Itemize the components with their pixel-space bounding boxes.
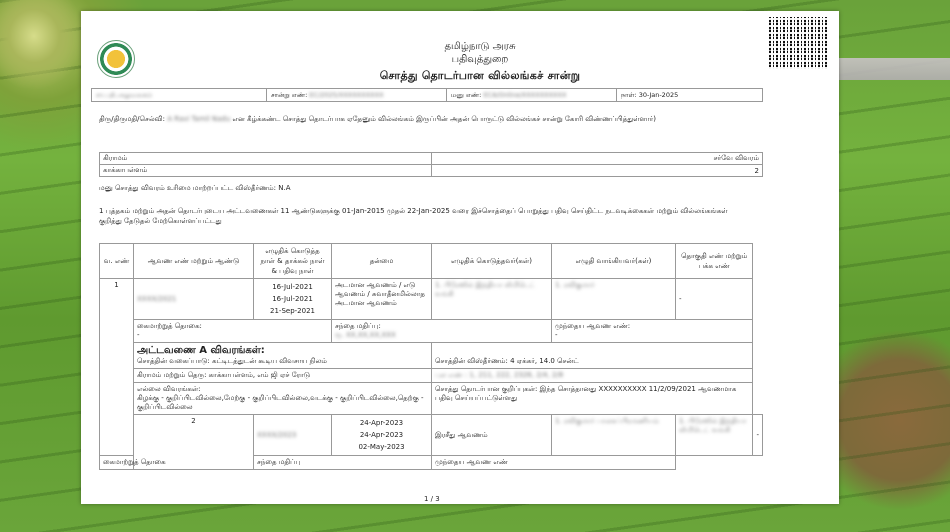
application-number-field: மனு எண்: ECA/Online/XXXXXXXXXX	[447, 89, 617, 101]
table-row: அட்டவணை A விவரங்கள்:சொத்தின் வகைப்பாடு: …	[100, 343, 763, 369]
extent-line: மனு சொத்து விவரம் உரிமை மாற்றப்பட்ட விஸ்…	[99, 183, 749, 193]
applicant-intro: திரு/திருமதி/செல்வி: A Ravi Tamil Nadu எ…	[99, 114, 749, 124]
table-row: கைமாற்றுத் தொகை:- சந்தை மதிப்பு:ரூ. XX,X…	[100, 320, 763, 343]
village-street-cell: கிராமம் மற்றும் தெரு: காக்காபள்ளம், எம் …	[134, 369, 432, 383]
claimants-cell: 1. பிரேஸில் இந்தியா லிமிடெட் வங்கி	[679, 417, 746, 434]
nature-cell: அடமான ஆவணம் / எடு ஆவணம் / சுவாதீனமில்லாத…	[332, 279, 432, 320]
palm-leaves-decoration	[0, 0, 85, 90]
road-decoration	[838, 58, 950, 80]
nature-cell: இரசீது ஆவணம்	[432, 415, 552, 456]
village-value: காக்காபள்ளம்	[100, 165, 432, 177]
volume-cell: -	[753, 415, 763, 456]
date-field: நாள்: 30-Jan-2025	[617, 89, 762, 101]
col-nature: தன்மை	[332, 244, 432, 279]
encumbrance-table: வ. எண் ஆவண எண் மற்றும் ஆண்டு எழுதிக் கொட…	[99, 243, 763, 470]
executants-cell: 1. ரவிகுமார் பாலசுப்பிரமணியம்	[555, 417, 659, 425]
claimants-cell: 1. ரவிகுமார்	[555, 281, 595, 289]
header-govt: தமிழ்நாடு அரசு	[101, 41, 839, 53]
page-indicator: 1 / 3	[424, 495, 440, 503]
qr-code-icon	[769, 17, 827, 69]
table-row: கிராமம் மற்றும் தெரு: காக்காபள்ளம், எம் …	[100, 369, 763, 383]
col-doc-no: ஆவண எண் மற்றும் ஆண்டு	[134, 244, 254, 279]
executants-cell: 1. பிரேஸில் இந்தியா லிமிடெட் வங்கி	[435, 281, 535, 298]
col-claimants: எழுதி வாங்கியவர்(கள்)	[552, 244, 676, 279]
table-row: 2 XXXX/2023 24-Apr-2023 24-Apr-2023 02-M…	[100, 415, 763, 456]
remarks-cell: சொத்து தொடர்பான குறிப்புகள்: இந்த சொத்தா…	[432, 383, 753, 415]
market-value-cell: சந்தை மதிப்பு	[254, 456, 432, 470]
survey-value: 2	[431, 165, 763, 177]
village-survey-table: கிராமம் சர்வே விவரம் காக்காபள்ளம் 2	[99, 152, 763, 177]
consideration-cell: கைமாற்றுத் தொகை:-	[134, 320, 332, 343]
header-department: பதிவுத்துறை	[101, 54, 839, 66]
search-period-paragraph: 1 புத்தகம் மற்றும் அதன் தொடர்புடைய அட்டவ…	[99, 206, 749, 226]
col-executants: எழுதிக் கொடுத்தவர்(கள்)	[432, 244, 552, 279]
survey-header: சர்வே விவரம்	[431, 153, 763, 165]
market-value-cell: சந்தை மதிப்பு:ரூ. XX,XX,XX,XXX	[332, 320, 552, 343]
encumbrance-certificate-page: தமிழ்நாடு அரசு பதிவுத்துறை சொத்து தொடர்ப…	[81, 11, 839, 504]
volume-cell: -	[676, 279, 753, 320]
survey-cell: புல எண் : 1, 211, 222, 2326, 2/4, 2/8	[432, 369, 753, 383]
prev-doc-cell: முந்தைய ஆவண எண்:-	[552, 320, 753, 343]
dates-cell: 24-Apr-2023 24-Apr-2023 02-May-2023	[332, 415, 432, 456]
doc-number: XXXX/2023	[257, 431, 296, 439]
schedule-title: அட்டவணை A விவரங்கள்:	[137, 345, 428, 357]
property-type: சொத்தின் வகைப்பாடு: கட்டிடத்துடன் கூடிய …	[137, 357, 428, 366]
office-field: சா.பதி.அலுவலகம்	[92, 89, 267, 101]
col-dates: எழுதிக் கொடுத்த நாள் & தாக்கல் நாள் & பத…	[254, 244, 332, 279]
boundaries-cell: எல்லை விவரங்கள்:கிழக்கு - குறிப்பிடவில்ல…	[134, 383, 432, 415]
village-header: கிராமம்	[100, 153, 432, 165]
table-row: கைமாற்றுத் தொகை சந்தை மதிப்பு முந்தைய ஆவ…	[100, 456, 763, 470]
dates-cell: 16-Jul-2021 16-Jul-2021 21-Sep-2021	[254, 279, 332, 320]
prev-doc-cell: முந்தைய ஆவண எண்	[432, 456, 676, 470]
table-row: எல்லை விவரங்கள்:கிழக்கு - குறிப்பிடவில்ல…	[100, 383, 763, 415]
consideration-cell: கைமாற்றுத் தொகை	[100, 456, 254, 470]
certificate-number-field: சான்று எண்: EC/2025/XXXXXXXXXX	[267, 89, 447, 101]
col-volume-page: தொகுதி எண் மற்றும் பக்க எண்	[676, 244, 753, 279]
extent-cell: சொத்தின் விஸ்தீர்ணம்: 4 ஏக்கர், 14.0 சென…	[432, 343, 753, 369]
document-title: சொத்து தொடர்பான வில்லங்கச் சான்று	[101, 69, 839, 84]
certificate-meta-bar: சா.பதி.அலுவலகம் சான்று எண்: EC/2025/XXXX…	[91, 88, 763, 102]
col-sno: வ. எண்	[100, 244, 134, 279]
doc-number: XXXX/2021	[137, 295, 176, 303]
table-row: 1 XXXX/2021 16-Jul-2021 16-Jul-2021 21-S…	[100, 279, 763, 320]
